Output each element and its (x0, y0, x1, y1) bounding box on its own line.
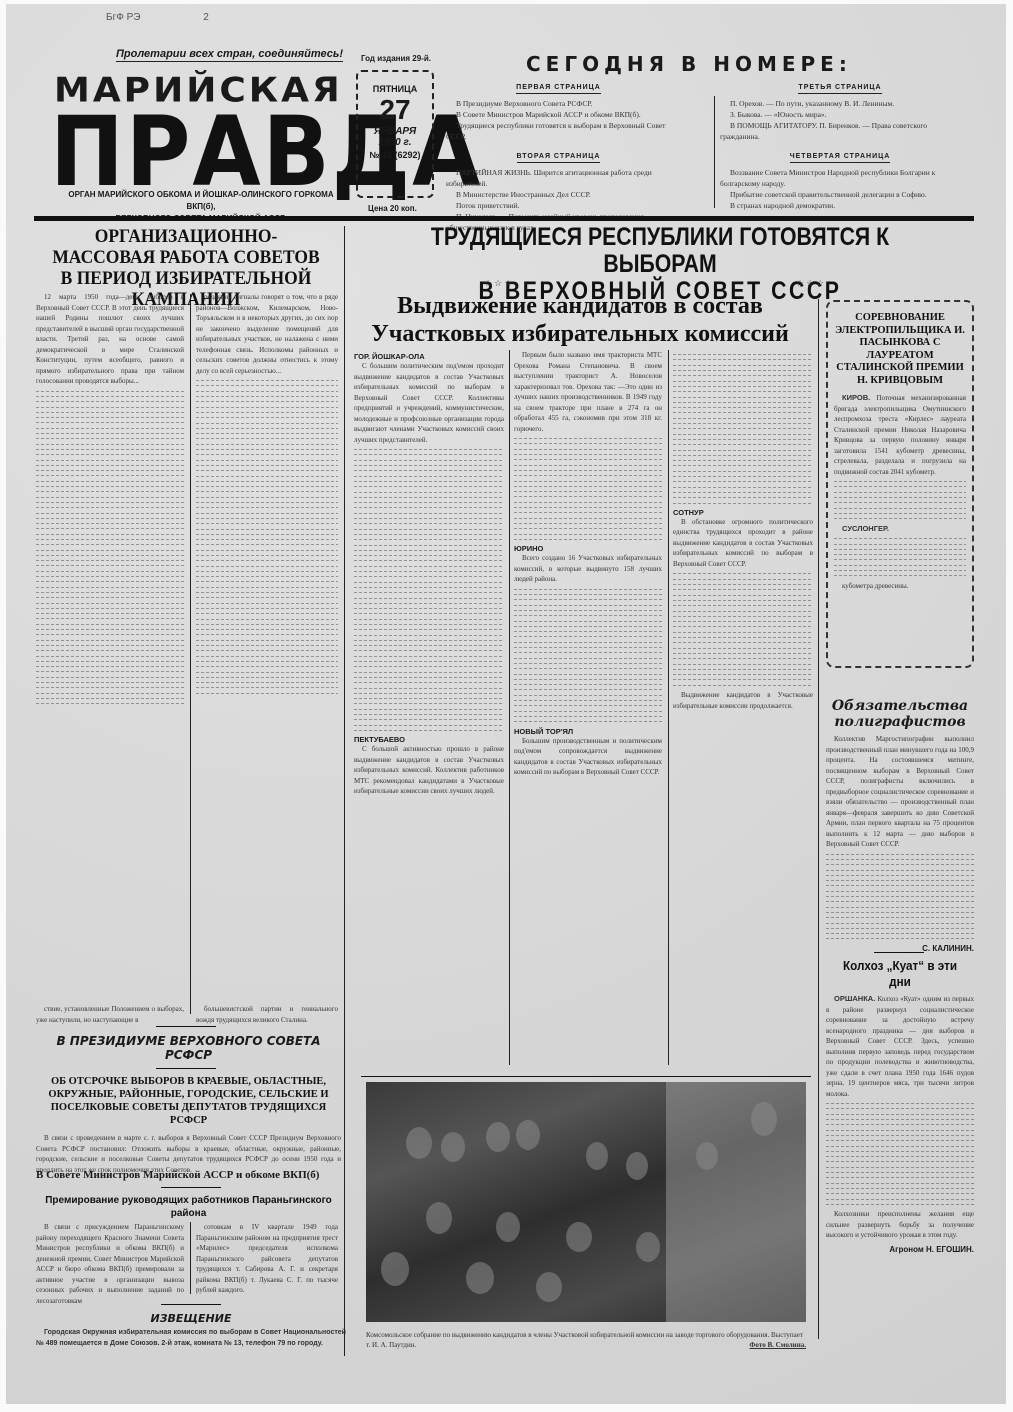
article-text: кубометра древесины. (834, 581, 966, 592)
article-text: Первым было названо имя тракториста МТС … (514, 350, 662, 434)
article-text: С большой активностью прошло в районе вы… (354, 744, 504, 797)
council-col2: сотовкам в IV квартале 1949 года Параньг… (196, 1222, 338, 1296)
toc-item[interactable]: В Президиуме Верховного Совета РСФСР. (446, 98, 671, 109)
text-lines (514, 438, 662, 540)
month: ЯНВАРЯ (358, 126, 432, 137)
dateline: ПЕКТУБАЕВО (354, 735, 504, 744)
competition-headline: СОРЕВНОВАНИЕ ЭЛЕКТРОПИЛЬЩИКА И. ПАСЫНКОВ… (834, 312, 966, 387)
organ-line: ОРГАН МАРИЙСКОГО ОБКОМА И ЙОШКАР-ОЛИНСКО… (56, 189, 346, 213)
toc-item[interactable]: В Министерстве Иностранных Дел СССР. (446, 189, 671, 200)
column-divider (190, 1222, 191, 1294)
section-divider (818, 299, 819, 1339)
headline-line1: Выдвижение кандидатов в состав (350, 292, 810, 320)
article-text: Поточная механизированная бригада электр… (834, 394, 966, 476)
notice: ИЗВЕЩЕНИЕ Городская Окружная избирательн… (36, 1312, 346, 1349)
text-lines (673, 573, 813, 685)
article-text: сотовкам в IV квартале 1949 года Параньг… (196, 1222, 338, 1296)
presidium-section: В ПРЕЗИДИУМЕ ВЕРХОВНОГО СОВЕТА РСФСР ОБ … (36, 1034, 341, 1175)
council-section: В Совете Министров Марийской АССР и обко… (36, 1169, 341, 1220)
separator (874, 952, 924, 953)
stars-ornament-right: ☆☆☆ (796, 278, 826, 289)
column-divider (190, 294, 191, 1014)
contents-title: СЕГОДНЯ В НОМЕРЕ: (526, 52, 852, 76)
presidium-headline: ОБ ОТСРОЧКЕ ВЫБОРОВ В КРАЕВЫЕ, ОБЛАСТНЫЕ… (36, 1075, 341, 1127)
dateline: ОРШАНКА. (834, 994, 875, 1003)
archive-mark: БгФ РЭ (106, 12, 140, 23)
article-text: Колхозники преисполнены желания еще силь… (826, 1209, 974, 1241)
toc-item[interactable]: Поток приветствий. (446, 200, 671, 211)
photo-credit: Фото В. Смолина. (749, 1340, 806, 1350)
toc-item[interactable]: ПАРТИЙНАЯ ЖИЗНЬ. Ширится агитационная ра… (446, 167, 671, 189)
toc-item[interactable]: Воззвание Совета Министров Народной респ… (720, 167, 960, 189)
newspaper-page: БгФ РЭ 2 Пролетарии всех стран, соединяй… (6, 4, 1006, 1404)
toc-item[interactable]: Прибытие советской правительственной дел… (720, 189, 960, 200)
banner-line1: ТРУДЯЩИЕСЯ РЕСПУБЛИКИ ГОТОВЯТСЯ К ВЫБОРА… (397, 224, 924, 278)
notice-headline: ИЗВЕЩЕНИЕ (36, 1312, 346, 1325)
caption-text: Комсомольское собрание по выдвижению кан… (366, 1331, 803, 1349)
price: Цена 20 коп. (368, 204, 417, 213)
text-lines (354, 449, 504, 731)
dateline: НОВЫЙ ТОР'ЯЛ (514, 727, 662, 736)
issue-date-box: ПЯТНИЦА 27 ЯНВАРЯ 1950 г. № 19 (6292) (356, 70, 434, 198)
polygraph-article: Обязательства полиграфистов Коллектив Ма… (826, 698, 974, 953)
article-text: В связи с присуждением Параньгинскому ра… (36, 1222, 184, 1306)
contents-right: ТРЕТЬЯ СТРАНИЦА П. Орехов. — По пути, ук… (720, 76, 960, 211)
text-lines (834, 481, 966, 519)
year: 1950 г. (358, 137, 432, 148)
text-lines (826, 1103, 974, 1205)
dateline: ЮРИНО (514, 544, 662, 553)
toc-page3-label: ТРЕТЬЯ СТРАНИЦА (798, 84, 881, 94)
competition-box: СОРЕВНОВАНИЕ ЭЛЕКТРОПИЛЬЩИКА И. ПАСЫНКОВ… (826, 300, 974, 668)
text-lines (834, 538, 966, 576)
left-article-col1: 12 марта 1950 года—день выборов в Верхов… (36, 292, 184, 1002)
article-text: Всего создано 16 Участковых избирательны… (514, 553, 662, 585)
text-lines (514, 589, 662, 722)
archive-marks: БгФ РЭ 2 (106, 12, 269, 23)
article-text: В обстановке огромного политического еди… (673, 517, 813, 570)
toc-divider (714, 96, 715, 208)
toc-item[interactable]: В Совете Министров Марийской АССР и обко… (446, 109, 671, 120)
headline-line2: Участковых избирательных комиссий (350, 320, 810, 348)
article-text: Колхоз «Куат» одним из первых в районе р… (826, 995, 974, 1098)
council-col1: В связи с присуждением Параньгинскому ра… (36, 1222, 184, 1306)
article-text: 12 марта 1950 года—день выборов в Верхов… (36, 292, 184, 387)
article-text: редакции сигналы говорят о том, что в ря… (196, 292, 338, 376)
article-text: Коллектив Маргостипографии выполнил прои… (826, 734, 974, 850)
masthead-rule (34, 216, 974, 221)
article-closing: Выдвижение кандидатов в Участковые избир… (673, 690, 813, 711)
council-headline: Премирование руководящих работников Пара… (36, 1194, 341, 1220)
toc-item[interactable]: В ПОМОЩЬ АГИТАТОРУ. П. Биренков. — Права… (720, 120, 960, 142)
council-section-title: В Совете Министров Марийской АССР и обко… (36, 1169, 341, 1181)
left-article-col2-end: большевистской партии и гениального вожд… (196, 1004, 338, 1025)
notice-text: Городская Окружная избирательная комисси… (36, 1328, 346, 1349)
column-divider (509, 350, 510, 1065)
main-col1: ГОР. ЙОШКАР-ОЛА С большим политическим п… (354, 350, 504, 1065)
year-of-publication: Год издания 29-й. (361, 54, 431, 63)
separator (161, 1187, 221, 1188)
main-col2: Первым было названо имя тракториста МТС … (514, 350, 662, 1065)
toc-page2-label: ВТОРАЯ СТРАНИЦА (517, 153, 601, 163)
section-divider (344, 226, 345, 1356)
article-text: С большим политическим под'емом проходит… (354, 361, 504, 445)
toc-item[interactable]: В странах народной демократии. (720, 200, 960, 211)
photo-meeting (366, 1082, 806, 1322)
left-article-col1-end: ствие, установленные Положением о выбора… (36, 1004, 184, 1025)
toc-page4-label: ЧЕТВЕРТАЯ СТРАНИЦА (790, 153, 891, 163)
article-text: ствие, установленные Положением о выбора… (36, 1004, 184, 1025)
separator (161, 1304, 221, 1305)
polygraph-headline: Обязательства полиграфистов (826, 698, 974, 730)
dateline: СУСЛОНГЕР. (842, 524, 889, 533)
toc-page1-label: ПЕРВАЯ СТРАНИЦА (516, 84, 601, 94)
text-lines (196, 380, 338, 694)
main-col3: СОТНУР В обстановке огромного политическ… (673, 350, 813, 1065)
photo-caption: Комсомольское собрание по выдвижению кан… (366, 1330, 806, 1350)
column-divider (668, 350, 669, 1065)
day-number: 27 (358, 94, 432, 126)
toc-item[interactable]: П. Орехов. — По пути, указанному В. И. Л… (720, 98, 960, 109)
kuat-headline: Колхоз „Куат“ в эти дни (833, 958, 966, 990)
archive-mark: 2 (203, 12, 209, 23)
text-lines (36, 391, 184, 705)
article-text: большевистской партии и гениального вожд… (196, 1004, 338, 1025)
article-text: Большим производственным и политическим … (514, 736, 662, 778)
text-lines (673, 354, 813, 503)
presidium-section-title: В ПРЕЗИДИУМЕ ВЕРХОВНОГО СОВЕТА РСФСР (36, 1034, 341, 1062)
dateline: СОТНУР (673, 508, 813, 517)
main-headline: Выдвижение кандидатов в состав Участковы… (350, 292, 810, 348)
stars-ornament-left: ☆☆☆ (484, 278, 514, 289)
weekday: ПЯТНИЦА (358, 84, 432, 94)
dateline: ГОР. ЙОШКАР-ОЛА (354, 352, 504, 361)
motto: Пролетарии всех стран, соединяйтесь! (116, 48, 343, 62)
kuat-article: Колхоз „Куат“ в эти дни ОРШАНКА. Колхоз … (826, 958, 974, 1318)
text-lines (826, 854, 974, 940)
toc-item[interactable]: З. Быкова. — «Юность мира». (720, 109, 960, 120)
left-article-col2: редакции сигналы говорят о том, что в ря… (196, 292, 338, 1002)
issue-number: № 19 (6292) (358, 150, 432, 160)
signature: Агроном Н. ЕГОШИН. (826, 1245, 974, 1254)
toc-item[interactable]: Трудящиеся республики готовятся к выбора… (446, 120, 671, 142)
dateline: КИРОВ. (842, 393, 870, 402)
separator (156, 1068, 216, 1069)
separator (156, 1026, 216, 1027)
separator (361, 1076, 811, 1077)
contents-left: ПЕРВАЯ СТРАНИЦА В Президиуме Верховного … (446, 76, 671, 233)
